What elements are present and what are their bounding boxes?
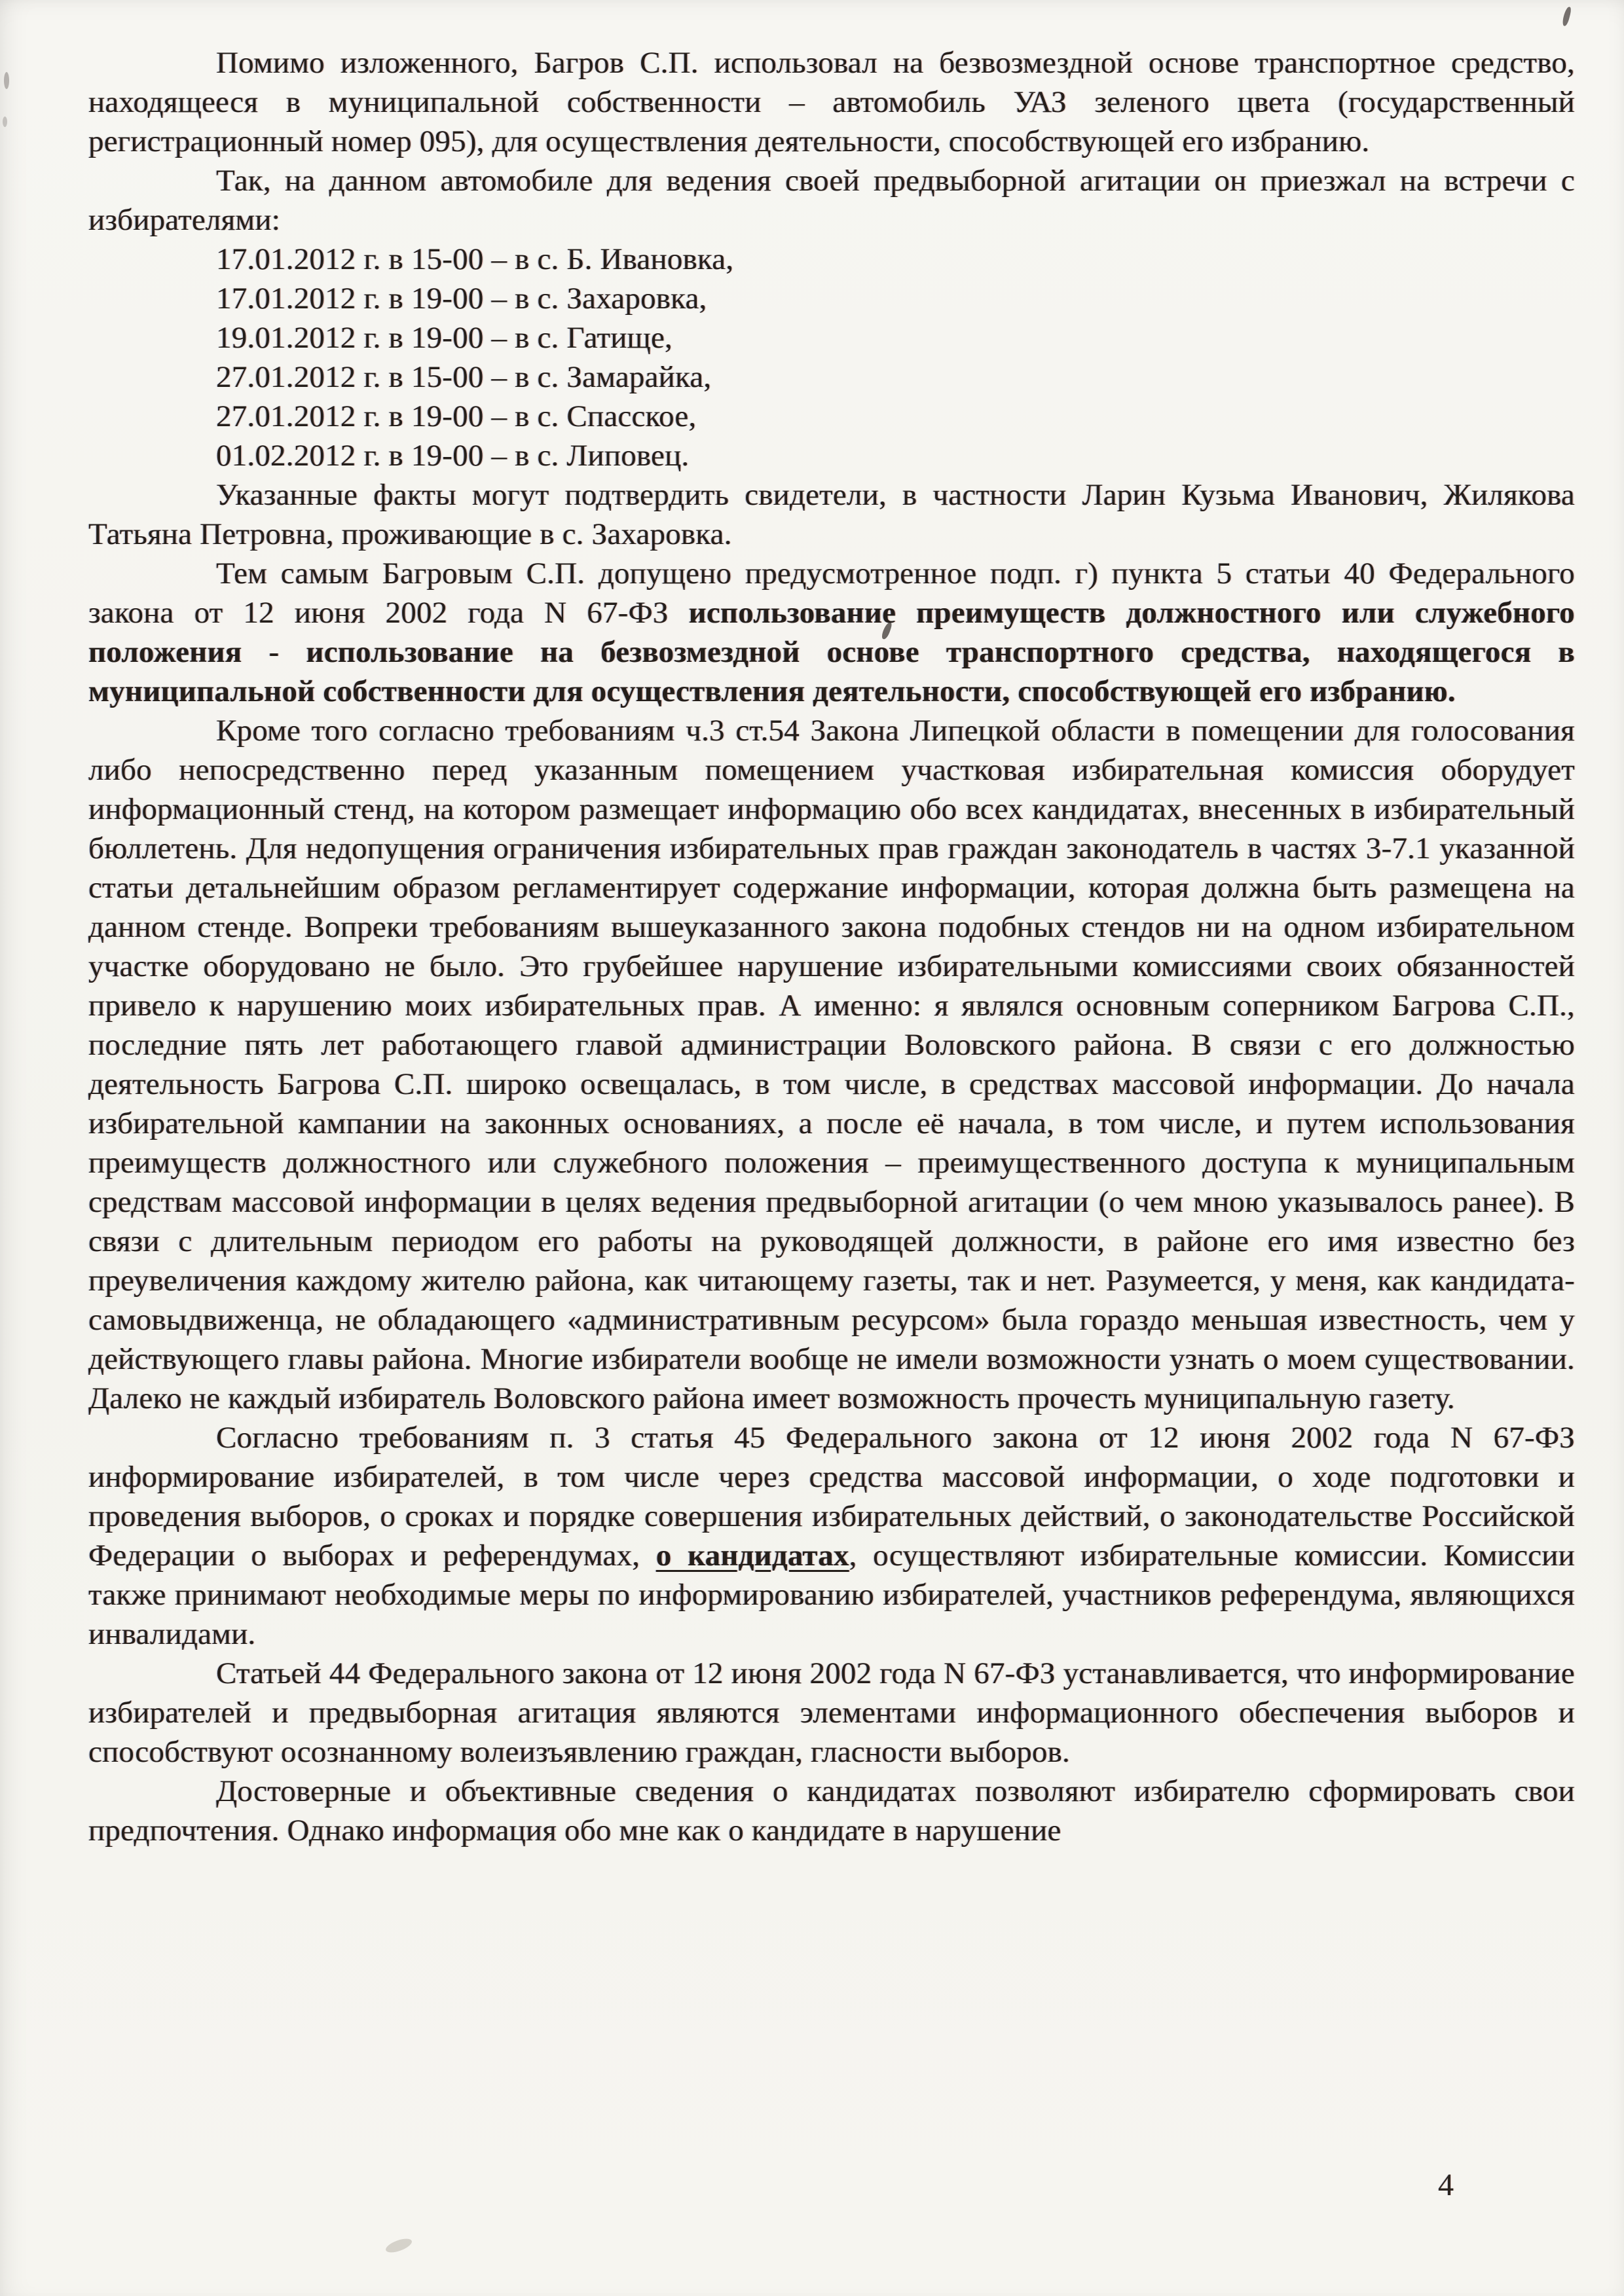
scanned-page: Помимо изложенного, Багров С.П. использо… bbox=[0, 0, 1624, 2296]
paragraph-information-stands: Кроме того согласно требованиям ч.3 ст.5… bbox=[88, 711, 1575, 1418]
document-body: Помимо изложенного, Багров С.П. использо… bbox=[88, 43, 1575, 1850]
paragraph-campaign-trips: Так, на данном автомобиле для ведения св… bbox=[88, 161, 1575, 240]
scan-artifact bbox=[384, 2236, 414, 2255]
schedule-item: 17.01.2012 г. в 19-00 – в с. Захаровка, bbox=[216, 279, 1575, 318]
schedule-item: 19.01.2012 г. в 19-00 – в с. Гатище, bbox=[216, 318, 1575, 357]
paragraph-violation-statement: Тем самым Багровым С.П. допущено предусм… bbox=[88, 554, 1575, 711]
meeting-schedule: 17.01.2012 г. в 15-00 – в с. Б. Ивановка… bbox=[216, 240, 1575, 475]
candidates-emphasis-text: о кандидатах bbox=[656, 1539, 849, 1573]
schedule-item: 01.02.2012 г. в 19-00 – в с. Липовец. bbox=[216, 436, 1575, 475]
paragraph-reliable-information: Достоверные и объективные сведения о кан… bbox=[88, 1772, 1575, 1850]
scan-artifact bbox=[4, 72, 9, 89]
paragraph-witnesses: Указанные факты могут подтвердить свидет… bbox=[88, 475, 1575, 554]
page-number: 4 bbox=[1438, 2166, 1454, 2205]
schedule-item: 27.01.2012 г. в 15-00 – в с. Замарайка, bbox=[216, 357, 1575, 397]
scan-artifact bbox=[1562, 6, 1572, 26]
scan-artifact bbox=[3, 117, 7, 127]
schedule-item: 17.01.2012 г. в 15-00 – в с. Б. Ивановка… bbox=[216, 240, 1575, 279]
schedule-item: 27.01.2012 г. в 19-00 – в с. Спасское, bbox=[216, 397, 1575, 436]
paragraph-article-45: Согласно требованиям п. 3 статья 45 Феде… bbox=[88, 1418, 1575, 1654]
paragraph-article-44: Статьей 44 Федерального закона от 12 июн… bbox=[88, 1654, 1575, 1772]
paragraph-vehicle-use: Помимо изложенного, Багров С.П. использо… bbox=[88, 43, 1575, 161]
